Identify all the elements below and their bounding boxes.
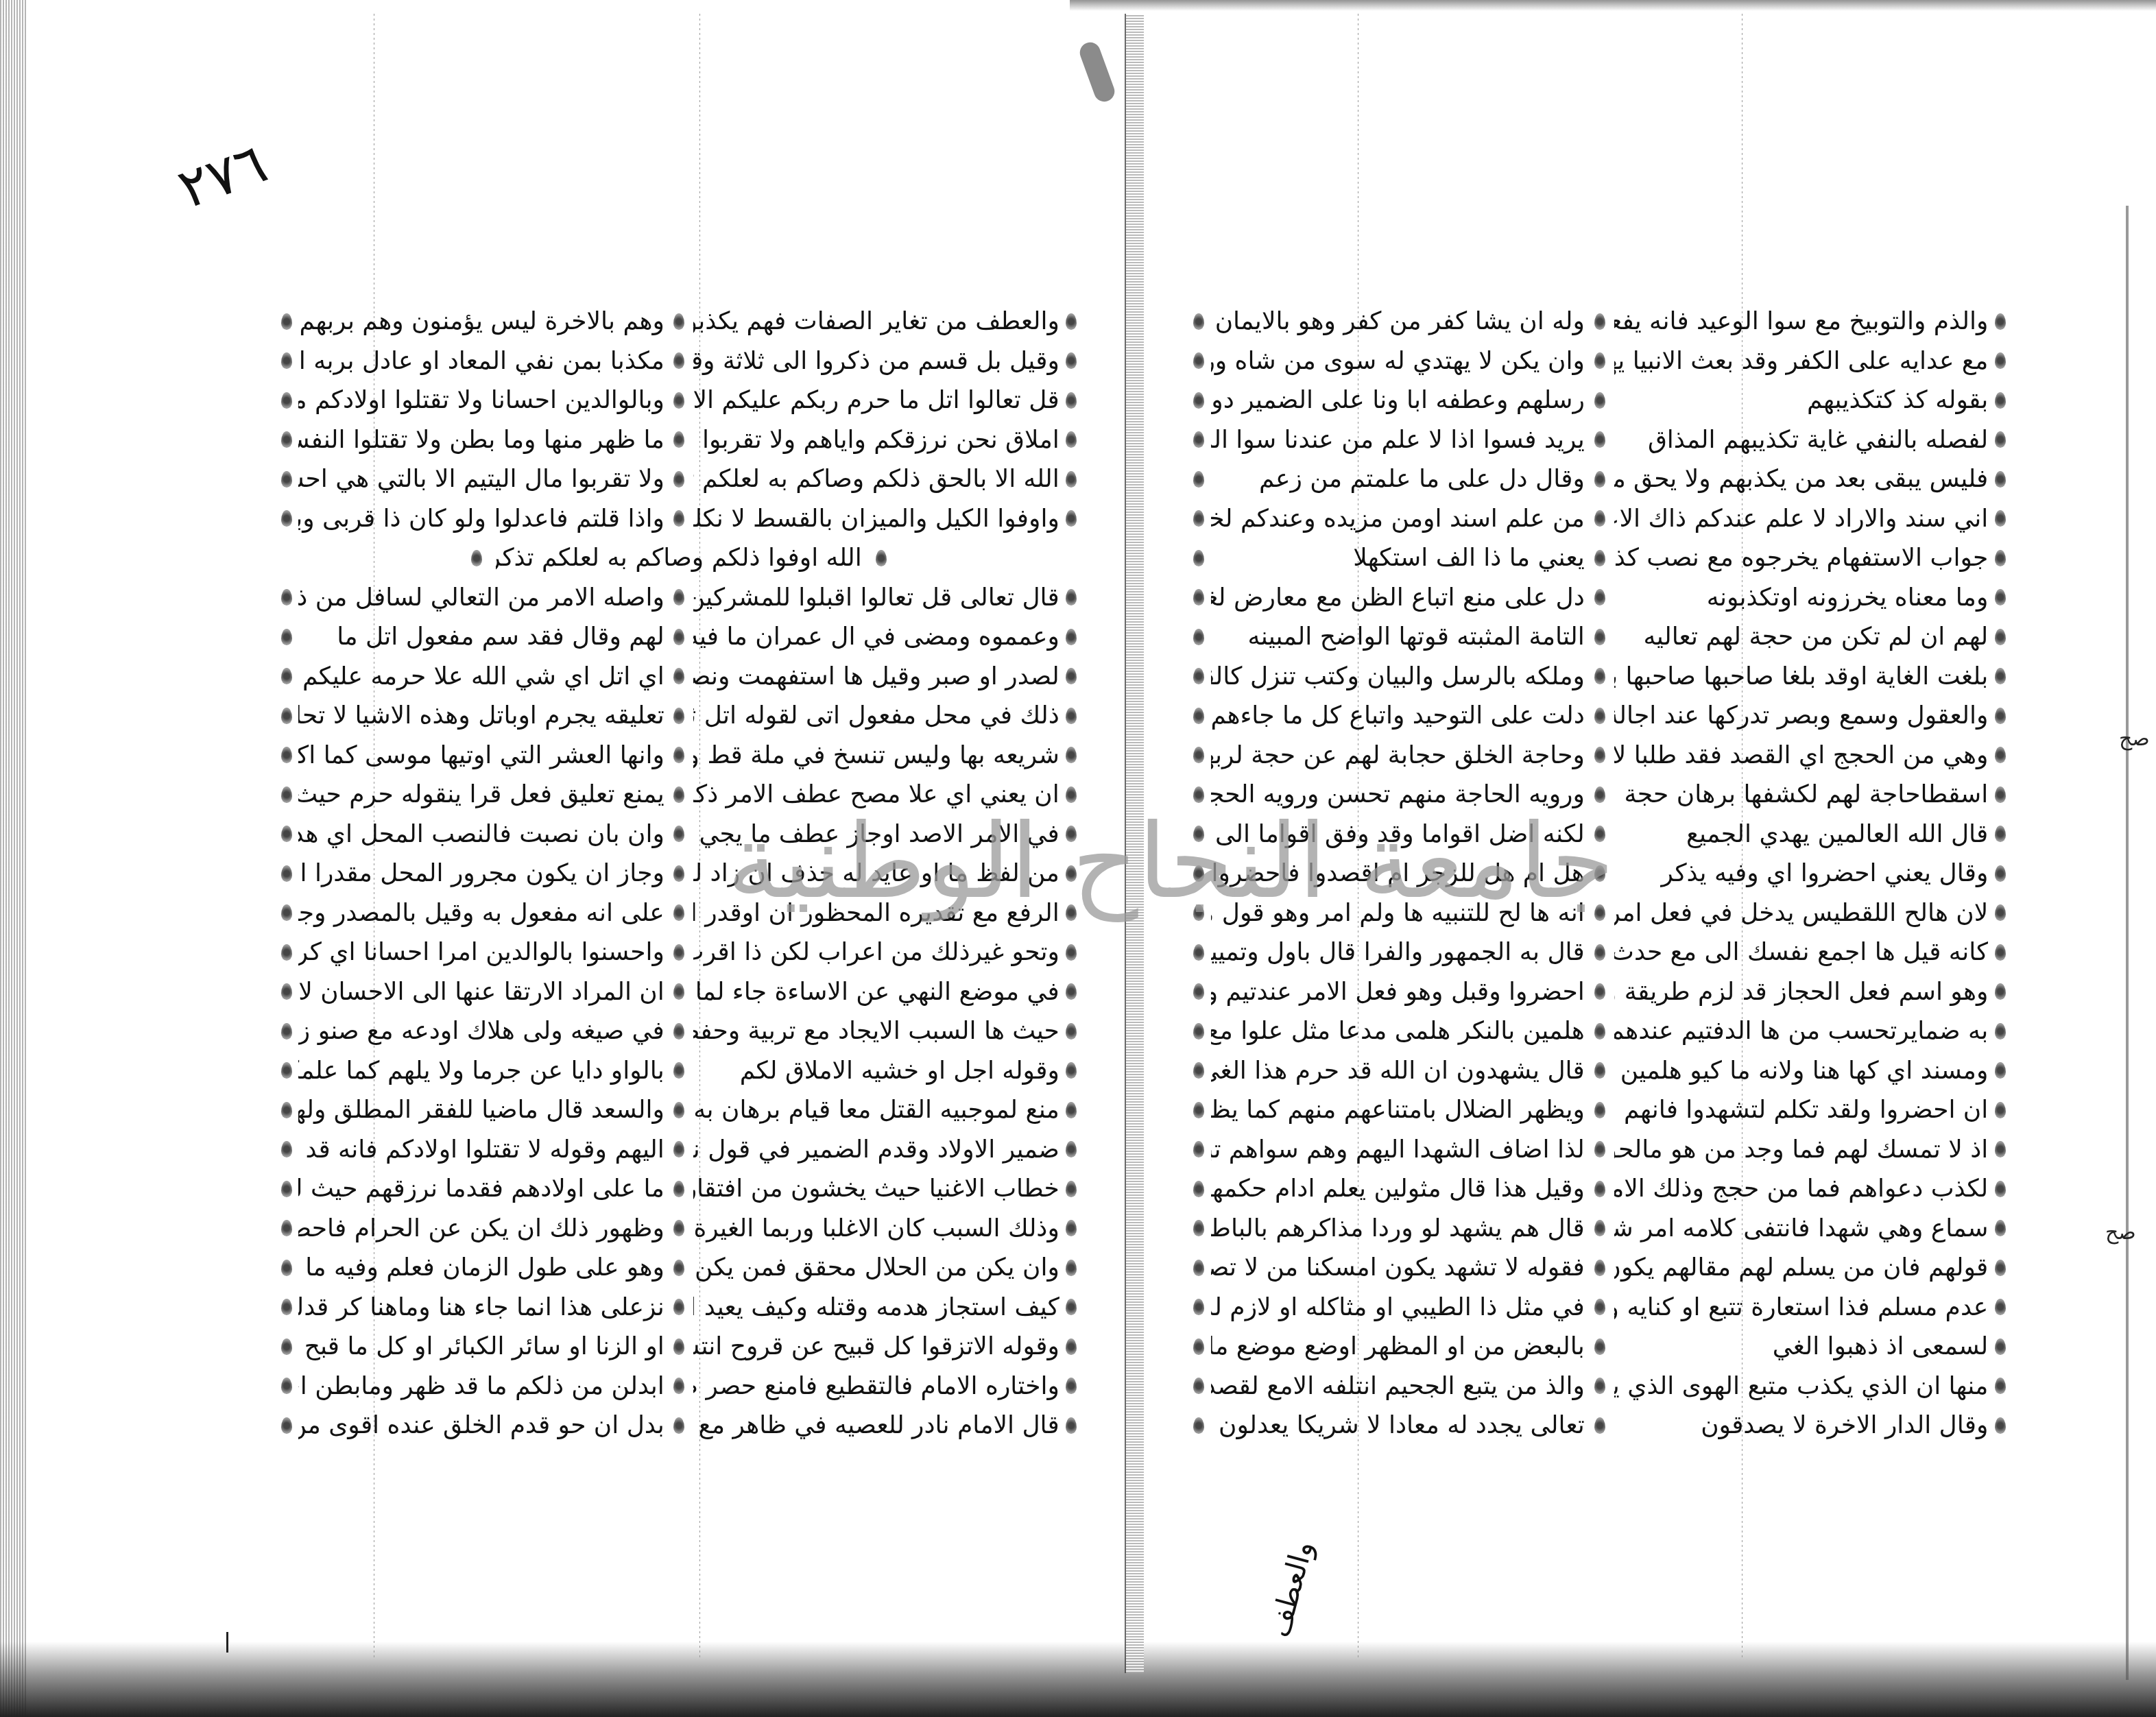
hemistich-first: مع عدايه على الكفر وقد بعث الانبيا يهدي … <box>1614 341 1988 381</box>
verse-separator-icon <box>1193 629 1204 645</box>
hemistich-first: حيث ها السبب الايجاد مع تربية وحفظ من ان… <box>693 1011 1059 1050</box>
hemistich-first: واوفوا الكيل والميزان بالقسط لا نكلف نفس… <box>693 499 1059 538</box>
verse-separator-icon <box>281 471 292 488</box>
scan-top-edge <box>1070 0 2156 11</box>
hemistich-second: من علم اسند اومن مزيده وعندكم لخير مفيده <box>1211 499 1585 538</box>
verse-separator-icon <box>1995 826 2006 842</box>
verse-separator-icon <box>1066 352 1077 369</box>
text-line: قل تعالوا اتل ما حرم ربكم عليكم الا تشرك… <box>281 381 1077 420</box>
verse-separator-icon <box>281 1023 292 1040</box>
verse-separator-icon <box>1995 1141 2006 1157</box>
verse-separator-icon <box>1066 1102 1077 1118</box>
hemistich-second: وملكه بالرسل والبيان وكتب تنزل كالقرآن <box>1211 657 1585 696</box>
text-line: منع لموجبيه القتل معا قيام برهان به قد ق… <box>281 1090 1077 1130</box>
hemistich-first: بقوله كذ كتكذيبهم <box>1614 381 1988 420</box>
verse-separator-icon <box>1594 1417 1605 1434</box>
verse-separator-icon <box>281 944 292 961</box>
verse-separator-icon <box>673 1181 684 1197</box>
hemistich-second: وانها العشر التي اوتيها موسى كما اكثرهم … <box>298 736 664 775</box>
text-line: وهو اسم فعل الحجاز قد لزم طريقة واحدة كق… <box>1193 972 2006 1012</box>
hemistich-first: وقال يعني احضروا اي وفيه يذكر <box>1614 854 1988 893</box>
verse-separator-icon <box>1995 550 2006 566</box>
verse-separator-icon <box>1995 510 2006 527</box>
verse-separator-icon <box>1066 510 1077 527</box>
hemistich-first: الله اوفوا ذلكم وصاكم به لعلكم تذكرون <box>496 538 862 577</box>
hemistich-second: والذ من يتبع الجحيم انتلفه الامع لقصدين … <box>1211 1367 1585 1406</box>
verse-separator-icon <box>1193 1102 1204 1118</box>
text-line: شريعه بها وليس تنسخ في ملة قط ولا تنتسخو… <box>281 736 1077 776</box>
verse-separator-icon <box>1066 1378 1077 1394</box>
hemistich-first: وعمموه ومضى في ال عمران ما فيه من المقال <box>693 617 1059 656</box>
hemistich-first: لسمعى اذ ذهبوا الغي <box>1614 1327 1988 1366</box>
verse-separator-icon <box>673 1102 684 1118</box>
hemistich-second: وحاجة الخلق حجابة لهم عن حجة لربهم او عن… <box>1211 736 1585 775</box>
hemistich-first: كانه قيل ها اجمع نفسك الى مع حدث به وذلك… <box>1614 933 1988 972</box>
verse-separator-icon <box>1066 1141 1077 1157</box>
hemistich-first: قال الامام نادر للعصيه في ظاهر مع فعل ذل… <box>693 1406 1059 1445</box>
verse-separator-icon <box>281 668 292 684</box>
verse-separator-icon <box>673 1023 684 1040</box>
verse-separator-icon <box>281 1102 292 1118</box>
hemistich-second: ولا تقربوا مال اليتيم الا بالتي هي احسن … <box>298 459 664 499</box>
verse-separator-icon <box>1066 747 1077 763</box>
verse-separator-icon <box>1066 1299 1077 1315</box>
text-line: لكذب دعواهم فما من حجج وذلك الامر للتعجي… <box>1193 1169 2006 1209</box>
hemistich-second: لذا اضاف الشهدا اليهم وهم سواهم تبرئ بهم <box>1211 1130 1585 1169</box>
hemistich-second: واذا قلتم فاعدلوا ولو كان ذا قربى وبعهد <box>298 499 664 538</box>
verse-separator-icon <box>1594 1062 1605 1079</box>
hemistich-first: وما معناه يخرزونه اوتكذبونه <box>1614 578 1988 617</box>
text-line: سماع وهي شهدا فانتفى كلامه امر شهدا ارزق… <box>1193 1209 2006 1249</box>
verse-separator-icon <box>1995 352 2006 369</box>
bottom-tick-mark <box>226 1632 228 1653</box>
text-line: قال الامام نادر للعصيه في ظاهر مع فعل ذل… <box>281 1406 1077 1445</box>
verse-separator-icon <box>673 708 684 724</box>
hemistich-second: لهم وقال فقد سم مفعول اتل ما <box>298 617 664 656</box>
verse-separator-icon <box>1193 510 1204 527</box>
verse-separator-icon <box>1995 1260 2006 1276</box>
text-line: واوفوا الكيل والميزان بالقسط لا نكلف نفس… <box>281 499 1077 539</box>
verse-separator-icon <box>281 352 292 369</box>
hemistich-second: وان يكن لا يهتدي له سوى من شاه ورادي قول… <box>1211 341 1585 381</box>
text-line: لفصله بالنفي غاية تكذيبهم المذاقيريد فسو… <box>1193 420 2006 460</box>
hemistich-second: اليهم وقوله لا تقتلوا اولادكم فانه قد نق… <box>298 1130 664 1169</box>
hemistich-second: يعني ما ذا الف استكهلا <box>1211 538 1585 577</box>
verse-separator-icon <box>1995 589 2006 605</box>
text-line: لصدر او صبر وقيل ها استفهمت ونصبت حرمااي… <box>281 657 1077 697</box>
text-line: والعقول وسمع وبصر تدركها عند اجالة النظر… <box>1193 696 2006 736</box>
verse-separator-icon <box>281 1220 292 1236</box>
hemistich-second: قال به الجمهور والفرا قال باول وتمييز ذا… <box>1211 933 1585 972</box>
verse-separator-icon <box>1995 668 2006 684</box>
hemistich-second: وقال دل على ما علمتم من زعم <box>1211 459 1585 499</box>
hemistich-second: بدل ان حو قدم الخلق عنده اقوى من عقاب ال… <box>298 1406 664 1445</box>
verse-separator-icon <box>1193 1181 1204 1197</box>
text-line: وقال الدار الاخرة لا يصدقونتعالى يجدد له… <box>1193 1406 2006 1445</box>
hemistich-second: قال يشهدون ان الله قد حرم هذا الغي <box>1211 1051 1585 1090</box>
verse-separator-icon <box>1193 747 1204 763</box>
verse-separator-icon <box>673 431 684 448</box>
verse-separator-icon <box>1066 1417 1077 1434</box>
hemistich-second: هلمين بالنكر هلمى مدعا مثل علوا مع اشباه… <box>1211 1011 1585 1050</box>
hemistich-second: مكذبا بمن نفي المعاد او عادل بربه اندا د… <box>298 341 664 381</box>
verse-separator-icon <box>1594 431 1605 448</box>
verse-separator-icon <box>673 1220 684 1236</box>
margin-note: صح <box>2119 727 2150 751</box>
hemistich-first: به ضمايرتحسب من ها الدفتيم عندهم وقد حكي… <box>1614 1011 1988 1050</box>
verse-separator-icon <box>1193 431 1204 448</box>
verse-separator-icon <box>281 392 292 409</box>
verse-separator-icon <box>1193 787 1204 803</box>
verse-separator-icon <box>673 1141 684 1157</box>
verse-separator-icon <box>281 1181 292 1197</box>
hemistich-first: وتحو غيرذلك من اعراب لكن ذا اقرب للصواب <box>693 933 1059 972</box>
verse-separator-icon <box>673 313 684 330</box>
verse-separator-icon <box>281 865 292 882</box>
verse-separator-icon <box>1594 550 1605 566</box>
text-line: وتحو غيرذلك من اعراب لكن ذا اقرب للصوابو… <box>281 933 1077 972</box>
hemistich-second: او الزنا او سائر الكبائر او كل ما قبح من… <box>298 1327 664 1366</box>
hemistich-second: وهو على طول الزمان فعلم وفيه ما داوم فمن… <box>298 1248 664 1287</box>
verse-separator-icon <box>1066 1181 1077 1197</box>
hemistich-second: ما ظهر منها وما بطن ولا تقتلوا النفس الت… <box>298 420 664 459</box>
hemistich-second: تعالى يجدد له معادا لا شريكا يعدلون <box>1211 1406 1585 1445</box>
hemistich-second: فقوله لا تشهد يكون امسكنا من لا تصدقهم ا… <box>1211 1248 1585 1287</box>
hemistich-second: ويظهر الضلال بامتناعهم منهم كما يظهر بان… <box>1211 1090 1585 1129</box>
verse-separator-icon <box>673 510 684 527</box>
verse-separator-icon <box>1995 1181 2006 1197</box>
verse-separator-icon <box>281 787 292 803</box>
hemistich-first: اسقطاحاجة لهم لكشفها برهان حجة لهم بالخف… <box>1614 775 1988 814</box>
verse-separator-icon <box>1066 668 1077 684</box>
text-line: كيف استجاز هدمه وقتله وكيف يعيد اذ محلهن… <box>281 1288 1077 1328</box>
folio-number: ٢٧٦ <box>170 131 275 221</box>
verse-separator-icon <box>281 589 292 605</box>
verse-separator-icon <box>1066 589 1077 605</box>
text-line: كانه قيل ها اجمع نفسك الى مع حدث به وذلك… <box>1193 933 2006 972</box>
hemistich-first: كيف استجاز هدمه وقتله وكيف يعيد اذ محله <box>693 1288 1059 1327</box>
verse-separator-icon <box>1594 668 1605 684</box>
verse-separator-icon <box>1066 1062 1077 1079</box>
text-line: بقوله كذ كتكذيبهمرسلهم وعطفه ابا ونا على… <box>1193 381 2006 420</box>
verse-separator-icon <box>1594 747 1605 763</box>
verse-separator-icon <box>1594 1141 1605 1157</box>
hemistich-second: وان بان نصبت فالنصب المحل اي هذكم هواعز … <box>298 815 664 854</box>
hemistich-first: لان هالح اللقطيس يدخل في فعل امر تم فيه … <box>1614 893 1988 933</box>
verse-separator-icon <box>1995 1417 2006 1434</box>
spine-ink-blot <box>1077 40 1118 105</box>
hemistich-second: وظهور ذلك ان يكن عن الحرام فاحضرنه وحسن <box>298 1209 664 1248</box>
verse-separator-icon <box>281 431 292 448</box>
verse-separator-icon <box>673 1378 684 1394</box>
text-line: ذلك في محل مفعول اتى لقوله اتل ثبتاتعليق… <box>281 696 1077 736</box>
verse-separator-icon <box>1066 1260 1077 1276</box>
hemistich-first: سماع وهي شهدا فانتفى كلامه امر شهدا ارزق… <box>1614 1209 1988 1248</box>
hemistich-first: ان احضروا ولقد تكلم لتشهدوا فانهم الحج ل… <box>1614 1090 1988 1129</box>
hemistich-first: وقال الدار الاخرة لا يصدقون <box>1614 1406 1988 1445</box>
text-line: الله اوفوا ذلكم وصاكم به لعلكم تذكرون <box>281 538 1077 578</box>
hemistich-second: بالبعض من او المظهر اوضع موضع ما قد اضمر… <box>1211 1327 1585 1366</box>
verse-separator-icon <box>1995 904 2006 921</box>
verse-separator-icon <box>471 550 482 566</box>
hemistich-second: اي اتل اي شي الله علا حرمه عليكم محصلا <box>298 657 664 696</box>
hemistich-first: وقوله اجل او خشيه الاملاق لكم <box>693 1051 1059 1090</box>
hemistich-second: وهم بالاخرة ليس يؤمنون وهم بربهم تعالى ي… <box>298 302 664 341</box>
verse-separator-icon <box>281 1417 292 1434</box>
verse-separator-icon <box>1995 1299 2006 1315</box>
verse-separator-icon <box>1066 983 1077 1000</box>
verse-separator-icon <box>1995 431 2006 448</box>
hemistich-second: وله ان يشا كفر من كفر وهو بالايمان له حق… <box>1211 302 1585 341</box>
hemistich-first: وقيل بل قسم من ذكروا الى ثلاثة وقيل قسرا <box>693 341 1059 381</box>
hemistich-second: تعليقه يجرم اوباتل وهذه الاشيا لا تحل <box>298 696 664 735</box>
verse-separator-icon <box>281 1141 292 1157</box>
hemistich-first: ضمير الاولاد وقدم الضمير في قول نرزقكم ا… <box>693 1130 1059 1169</box>
right-page-edge <box>2126 206 2129 1680</box>
verse-separator-icon <box>1995 747 2006 763</box>
verse-separator-icon <box>1594 1023 1605 1040</box>
text-line: به ضمايرتحسب من ها الدفتيم عندهم وقد حكي… <box>1193 1011 2006 1051</box>
hemistich-first: اني سند والاراد لا علم عندكم ذاك الاعتقا <box>1614 499 1988 538</box>
verse-separator-icon <box>673 471 684 488</box>
verse-separator-icon <box>1995 1378 2006 1394</box>
scan-left-edge <box>0 0 27 1717</box>
verse-separator-icon <box>1594 313 1605 330</box>
verse-separator-icon <box>1594 352 1605 369</box>
verse-separator-icon <box>1193 589 1204 605</box>
verse-separator-icon <box>1193 471 1204 488</box>
margin-note: صح <box>2105 1221 2136 1245</box>
text-line: خطاب الاغنيا حيث يخشون من افتقارهم اذا م… <box>281 1169 1077 1209</box>
hemistich-second: وجاز ان يكون مجرور المحل مقدرا اللام وال… <box>298 854 664 893</box>
verse-separator-icon <box>1594 944 1605 961</box>
text-line: واختاره الامام فالتقطيع فامنع حصر صاحبيه… <box>281 1367 1077 1406</box>
verse-separator-icon <box>1995 1220 2006 1236</box>
hemistich-first: اذ لا تمسك لهم فما وجد من هو مالحق بذلك … <box>1614 1130 1988 1169</box>
verse-separator-icon <box>673 392 684 409</box>
verse-separator-icon <box>1995 787 2006 803</box>
verse-separator-icon <box>1995 983 2006 1000</box>
verse-separator-icon <box>1193 313 1204 330</box>
hemistich-first: لهم ان لم تكن من حجة لهم تعاليه <box>1614 617 1988 656</box>
verse-separator-icon <box>1594 1260 1605 1276</box>
text-line: والعطف من تغاير الصفات فهم يكذبون بالايا… <box>281 302 1077 341</box>
hemistich-first: املاق نحن نرزقكم واياهم ولا تقربوا الفوا… <box>693 420 1059 459</box>
hemistich-first: لفصله بالنفي غاية تكذيبهم المذاق <box>1614 420 1988 459</box>
verse-separator-icon <box>1594 1338 1605 1355</box>
verse-separator-icon <box>1066 313 1077 330</box>
text-line: وهي من الحجج اي القصد فقد طلبا لاثباتها … <box>1193 736 2006 776</box>
verse-separator-icon <box>1594 1102 1605 1118</box>
hemistich-first: منع لموجبيه القتل معا قيام برهان به قد ق… <box>693 1090 1059 1129</box>
verse-separator-icon <box>1066 471 1077 488</box>
verse-separator-icon <box>673 787 684 803</box>
verse-separator-icon <box>1594 1220 1605 1236</box>
verse-separator-icon <box>1066 431 1077 448</box>
verse-separator-icon <box>1066 1220 1077 1236</box>
verse-separator-icon <box>281 826 292 842</box>
text-line: وما معناه يخرزونه اوتكذبونهدل على منع ات… <box>1193 578 2006 618</box>
verse-separator-icon <box>1594 392 1605 409</box>
verse-separator-icon <box>1594 1181 1605 1197</box>
hemistich-first: في موضع النهي عن الاساءة جاء لما فيه من … <box>693 972 1059 1011</box>
hemistich-second: يريد فسوا اذا لا علم من عندنا سوا البلا <box>1211 420 1585 459</box>
text-line: ضمير الاولاد وقدم الضمير في قول نرزقكم ا… <box>281 1130 1077 1170</box>
text-line: اذ لا تمسك لهم فما وجد من هو مالحق بذلك … <box>1193 1130 2006 1170</box>
hemistich-second: التامة المثبته قوتها الواضح المبينه <box>1211 617 1585 656</box>
verse-separator-icon <box>1193 668 1204 684</box>
verse-separator-icon <box>1995 1102 2006 1118</box>
verse-separator-icon <box>673 1260 684 1276</box>
verse-separator-icon <box>1594 589 1605 605</box>
verse-separator-icon <box>1594 787 1605 803</box>
hemistich-first: والعطف من تغاير الصفات فهم يكذبون بالايا… <box>693 302 1059 341</box>
text-line: جواب الاستفهام يخرجوه مع نصب كذ النون حي… <box>1193 538 2006 578</box>
hemistich-first: وذلك السبب كان الاغلبا وربما الغيرة كانت… <box>693 1209 1059 1248</box>
verse-separator-icon <box>1193 392 1204 409</box>
text-line: وقوله اجل او خشيه الاملاق لكمبالواو دايا… <box>281 1051 1077 1091</box>
hemistich-second: وقيل هذا قال مثولين يعلم ادام حكمهم بدون <box>1211 1169 1585 1208</box>
hemistich-second: دل على منع اتباع الظن مع معارض لغيرما في… <box>1211 578 1585 617</box>
verse-separator-icon <box>673 352 684 369</box>
verse-separator-icon <box>1995 471 2006 488</box>
hemistich-second: ان المراد الارتقا عنها الى الاحسان لا غي… <box>298 972 664 1011</box>
verse-separator-icon <box>1594 1378 1605 1394</box>
manuscript-spread: ٢٧٦ صح صح والذم والتوبيخ مع سوا الوعيد ف… <box>0 0 2156 1717</box>
verse-separator-icon <box>1193 1338 1204 1355</box>
verse-separator-icon <box>1594 510 1605 527</box>
verse-separator-icon <box>673 904 684 921</box>
verse-separator-icon <box>281 904 292 921</box>
hemistich-second: والسعد قال ماضيا للفقر المطلق ولهذا احضر… <box>298 1090 664 1129</box>
verse-separator-icon <box>281 313 292 330</box>
hemistich-first: فليس يبقى بعد من يكذبهم ولا يحق مزعم <box>1614 459 1988 499</box>
hemistich-first: بلغت الغاية اوقد بلغا صاحبها صاحبها بالج… <box>1614 657 1988 696</box>
text-line: وقيل بل قسم من ذكروا الى ثلاثة وقيل قسرا… <box>281 341 1077 381</box>
verse-separator-icon <box>1193 1023 1204 1040</box>
verse-separator-icon <box>1193 983 1204 1000</box>
hemistich-first: قل تعالوا اتل ما حرم ربكم عليكم الا تشرك… <box>693 381 1059 420</box>
text-line: وان يكن من الحلال محقق فمن يكن وجوده منه… <box>281 1248 1077 1288</box>
hemistich-first: وان يكن من الحلال محقق فمن يكن وجوده منه… <box>693 1248 1059 1287</box>
verse-separator-icon <box>1995 1338 2006 1355</box>
verse-separator-icon <box>281 1299 292 1315</box>
hemistich-first: لصدر او صبر وقيل ها استفهمت ونصبت حرما <box>693 657 1059 696</box>
verse-separator-icon <box>1193 1062 1204 1079</box>
hemistich-second: قال هم يشهد لو وردا مذاكرهم بالباطلا <box>1211 1209 1585 1248</box>
hemistich-first: عدم مسلم فذا استعارة تتبع او كنايه واختي… <box>1614 1288 1988 1327</box>
verse-separator-icon <box>1193 1141 1204 1157</box>
verse-separator-icon <box>673 826 684 842</box>
hemistich-second: ما على اولادهم فقدما نرزقهم حيث لهذا اقد… <box>298 1169 664 1208</box>
hemistich-second: رسلهم وعطفه ابا ونا على الضمير دون تاكيد… <box>1211 381 1585 420</box>
verse-separator-icon <box>1594 983 1605 1000</box>
verse-separator-icon <box>1066 787 1077 803</box>
verse-separator-icon <box>1995 708 2006 724</box>
hemistich-first: وهو اسم فعل الحجاز قد لزم طريقة واحدة كق… <box>1614 972 1988 1011</box>
verse-separator-icon <box>1995 944 2006 961</box>
hemistich-first: خطاب الاغنيا حيث يخشون من افتقارهم اذا م… <box>693 1169 1059 1208</box>
verse-separator-icon <box>1193 550 1204 566</box>
hemistich-second: يمنع تعليق فعل قرا ينقوله حرم حيث اعتبرا <box>298 775 664 814</box>
verse-separator-icon <box>673 747 684 763</box>
verse-separator-icon <box>1995 392 2006 409</box>
verse-separator-icon <box>1066 629 1077 645</box>
verse-separator-icon <box>281 747 292 763</box>
scan-bottom-shadow <box>0 1642 2156 1717</box>
verse-separator-icon <box>1066 1338 1077 1355</box>
hemistich-second: احضروا وقبل وهو فعل الامر عندتيم ولذا اك… <box>1211 972 1585 1011</box>
verse-separator-icon <box>1594 629 1605 645</box>
hemistich-first: والذم والتوبيخ مع سوا الوعيد فانه يفعل ك… <box>1614 302 1988 341</box>
text-line: وعمموه ومضى في ال عمران ما فيه من المقال… <box>281 617 1077 657</box>
hemistich-first: قال تعالى قل تعالوا اقبلوا للمشركين او ل… <box>693 578 1059 617</box>
hemistich-first: والعقول وسمع وبصر تدركها عند اجالة النظر <box>1614 696 1988 735</box>
text-line: في موضع النهي عن الاساءة جاء لما فيه من … <box>281 972 1077 1012</box>
hemistich-first: الله الا بالحق ذلكم وصاكم به لعلكم تعقلو… <box>693 459 1059 499</box>
text-line: ومسند اي كها هنا ولانه ما كيو هلمين لناق… <box>1193 1051 2006 1091</box>
verse-separator-icon <box>673 865 684 882</box>
verse-separator-icon <box>1066 708 1077 724</box>
verse-separator-icon <box>281 1062 292 1079</box>
hemistich-second: في صيغه ولى هلاك اودعه مع صنو زائده وسقم <box>298 1011 664 1050</box>
hemistich-second: على انه مفعول به وقيل بالمصدر وجه نصبه <box>298 893 664 933</box>
hemistich-first: وقوله الاتزقوا كل قبيح عن قروح انتشا <box>693 1327 1059 1366</box>
verse-separator-icon <box>1193 1260 1204 1276</box>
verse-separator-icon <box>673 629 684 645</box>
text-line: وذلك السبب كان الاغلبا وربما الغيرة كانت… <box>281 1209 1077 1249</box>
hemistich-first: جواب الاستفهام يخرجوه مع نصب كذ النون حي… <box>1614 538 1988 577</box>
verse-separator-icon <box>1193 1220 1204 1236</box>
verse-separator-icon <box>1995 313 2006 330</box>
verse-separator-icon <box>1193 1417 1204 1434</box>
verse-separator-icon <box>673 589 684 605</box>
verse-separator-icon <box>1193 708 1204 724</box>
text-line: اني سند والاراد لا علم عندكم ذاك الاعتقا… <box>1193 499 2006 539</box>
hemistich-second: بالواو دايا عن جرما ولا يلهم كما علمكم <box>298 1051 664 1090</box>
verse-separator-icon <box>673 1299 684 1315</box>
verse-separator-icon <box>281 629 292 645</box>
verse-separator-icon <box>281 510 292 527</box>
verse-separator-icon <box>281 1338 292 1355</box>
verse-separator-icon <box>1594 708 1605 724</box>
verse-separator-icon <box>673 983 684 1000</box>
verse-separator-icon <box>673 668 684 684</box>
verse-separator-icon <box>281 1378 292 1394</box>
verse-separator-icon <box>1995 629 2006 645</box>
text-line: عدم مسلم فذا استعارة تتبع او كنايه واختي… <box>1193 1288 2006 1328</box>
verse-separator-icon <box>281 708 292 724</box>
verse-separator-icon <box>1066 1023 1077 1040</box>
hemistich-second: في مثل ذا الطيبي او مثاكله او لازم له مع… <box>1211 1288 1585 1327</box>
text-line: ان احضروا ولقد تكلم لتشهدوا فانهم الحج ل… <box>1193 1090 2006 1130</box>
verse-separator-icon <box>1594 1299 1605 1315</box>
hemistich-first: واختاره الامام فالتقطيع فامنع حصر صاحبيه… <box>693 1367 1059 1406</box>
verse-separator-icon <box>673 1062 684 1079</box>
hemistich-second: وبالوالدين احسانا ولا تقتلوا اولادكم من <box>298 381 664 420</box>
text-line: قولهم فان من يسلم لهم مقالهم يكون منهمفق… <box>1193 1248 2006 1288</box>
hemistich-first: شريعه بها وليس تنسخ في ملة قط ولا تنتسخ <box>693 736 1059 775</box>
text-line: والذم والتوبيخ مع سوا الوعيد فانه يفعل ك… <box>1193 302 2006 341</box>
verse-separator-icon <box>1193 944 1204 961</box>
hemistich-first: ومسند اي كها هنا ولانه ما كيو هلمين لنا <box>1614 1051 1988 1090</box>
verse-separator-icon <box>1594 471 1605 488</box>
hemistich-second: واصله الامر من التعالي لسافل من ذي محل ع… <box>298 578 664 617</box>
verse-separator-icon <box>1066 392 1077 409</box>
hemistich-second: ابدلن من ذلكم ما قد ظهر ومابطن اي ما ستر… <box>298 1367 664 1406</box>
verse-separator-icon <box>876 550 887 566</box>
text-line: قال تعالى قل تعالوا اقبلوا للمشركين او ل… <box>281 578 1077 618</box>
